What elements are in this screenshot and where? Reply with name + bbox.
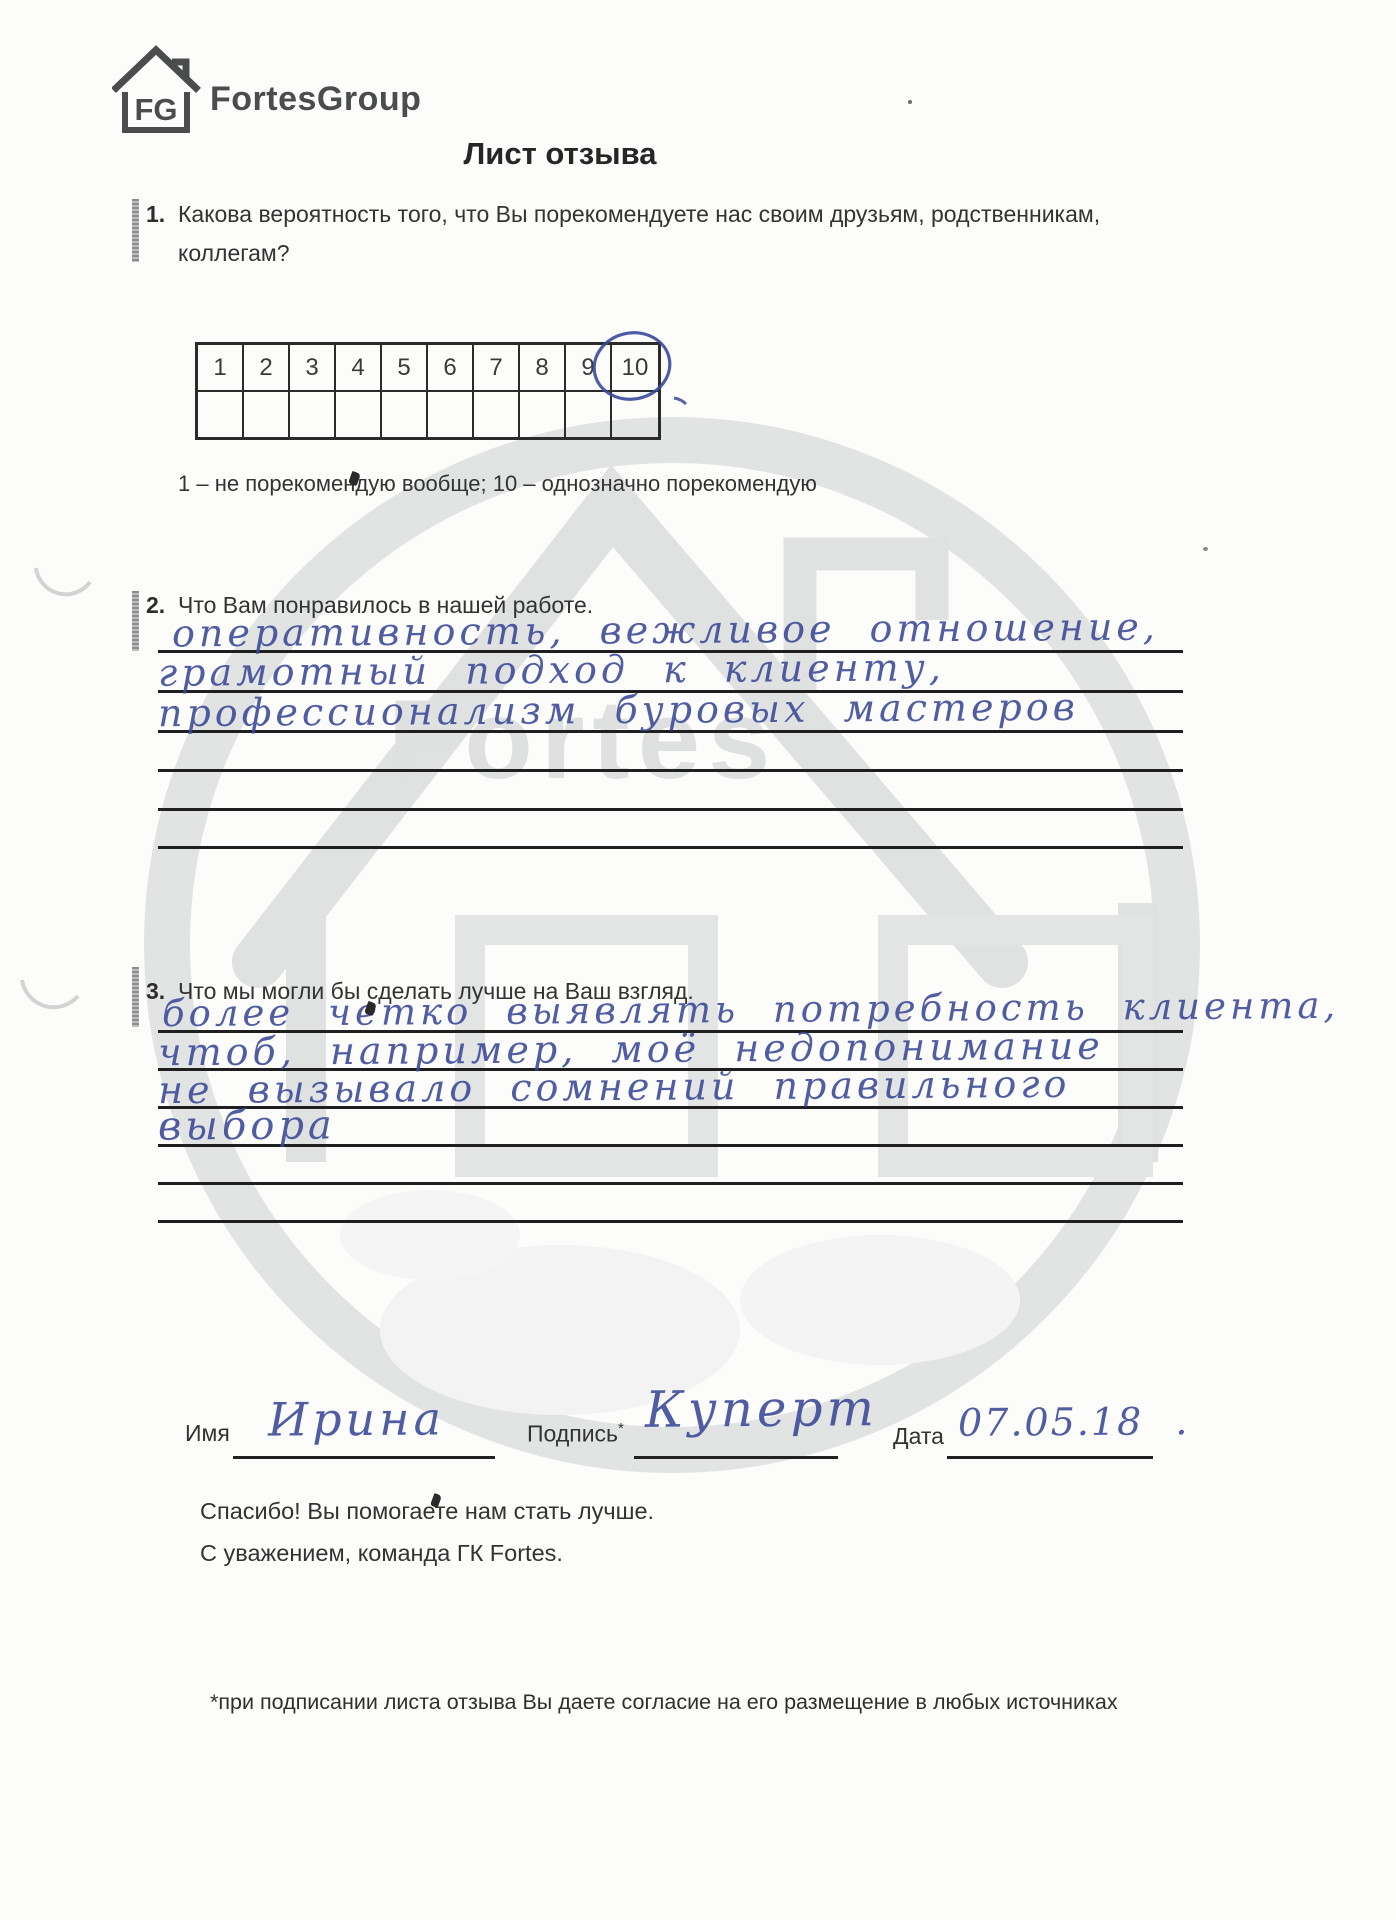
brand-name: FortesGroup — [210, 80, 421, 119]
date-label: Дата — [893, 1423, 944, 1450]
selected-score-pen-circle — [582, 322, 712, 417]
page-title: Лист отзыва — [310, 136, 810, 172]
signature-label: Подпись* — [527, 1420, 624, 1448]
signature-handwriting: Куперт — [645, 1379, 878, 1439]
scale-cell-6: 6 — [428, 345, 474, 390]
hole-punch-mark-top — [36, 568, 90, 594]
closing-line-1: Спасибо! Вы помогаете нам стать лучше. — [200, 1498, 654, 1525]
scale-answer-cell — [382, 390, 428, 437]
q1-text-line1: Какова вероятность того, что Вы порекоме… — [178, 201, 1100, 228]
q2-ruled-line-6 — [158, 846, 1183, 849]
q3-ruled-line-5 — [158, 1182, 1183, 1185]
fortesgroup-house-logo-icon: FG — [112, 44, 206, 134]
brand-monogram: FG — [134, 92, 177, 127]
scale-answer-cell — [428, 390, 474, 437]
scale-answer-cell — [290, 390, 336, 437]
consent-footnote: *при подписании листа отзыва Вы даете со… — [210, 1690, 1118, 1715]
scale-cell-5: 5 — [382, 345, 428, 390]
q3-ruled-line-6 — [158, 1220, 1183, 1223]
q1-number: 1. — [146, 201, 165, 228]
q2-number: 2. — [146, 592, 165, 619]
scale-cell-1: 1 — [198, 345, 244, 390]
q3-marker-bar — [132, 967, 139, 1027]
closing-line-2: С уважением, команда ГК Fortes. — [200, 1540, 563, 1567]
signature-asterisk: * — [618, 1420, 624, 1437]
q1-text-line2: коллегам? — [178, 240, 290, 267]
hole-punch-mark-bottom — [22, 980, 78, 1007]
pen-tick — [674, 398, 686, 404]
q2-ruled-line-4 — [158, 769, 1183, 772]
name-label: Имя — [185, 1420, 230, 1447]
name-underline — [233, 1456, 495, 1459]
signature-underline — [634, 1456, 838, 1459]
scale-cell-7: 7 — [474, 345, 520, 390]
ink-speck-4 — [908, 100, 912, 104]
scale-answer-cell — [336, 390, 382, 437]
scale-cell-8: 8 — [520, 345, 566, 390]
q1-marker-bar — [132, 199, 139, 262]
q2-marker-bar — [132, 591, 139, 651]
scale-answer-cell — [244, 390, 290, 437]
feedback-sheet-scan: Fortes FG FortesGroup Лист отзыва 1. Как… — [0, 0, 1396, 1920]
date-handwriting: 07.05.18 . — [958, 1399, 1190, 1445]
scale-cell-3: 3 — [290, 345, 336, 390]
scale-answer-cell — [474, 390, 520, 437]
scale-cell-2: 2 — [244, 345, 290, 390]
q1-legend: 1 – не порекомендую вообще; 10 – однозна… — [178, 471, 817, 497]
q2-ruled-line-5 — [158, 808, 1183, 811]
scale-answer-cell — [198, 390, 244, 437]
scale-cell-4: 4 — [336, 345, 382, 390]
name-handwriting: Ирина — [268, 1391, 445, 1446]
q3-handwriting-line-4: выбора — [158, 1102, 336, 1149]
scale-answer-cell — [520, 390, 566, 437]
ink-speck-5 — [1203, 547, 1208, 551]
fortes-watermark: Fortes — [0, 0, 1396, 1920]
q2-handwriting-line-3: профессионализм буровых мастеров — [158, 685, 1079, 735]
date-underline — [947, 1456, 1153, 1459]
